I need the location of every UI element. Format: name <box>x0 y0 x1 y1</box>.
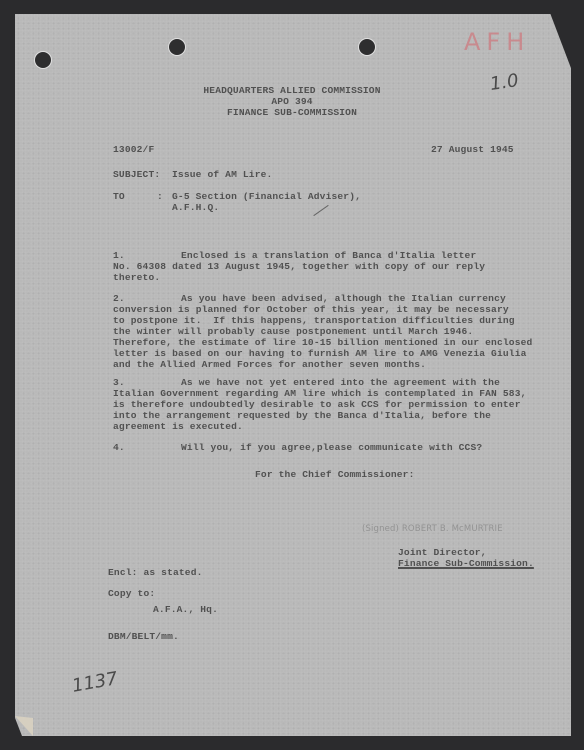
paragraph-number: 4. <box>113 443 125 454</box>
subject-text: Issue of AM Lire. <box>172 170 272 181</box>
handwritten-red-annotation: AFH <box>464 28 530 56</box>
signature-title-2: Finance Sub-Commission. <box>398 559 534 570</box>
punch-hole-icon <box>169 39 185 55</box>
paragraph-line: agreement is executed. <box>113 422 243 433</box>
paragraph-line: No. 64308 dated 13 August 1945, together… <box>113 262 485 273</box>
paragraph-line: Will you, if you agree,please communicat… <box>181 443 482 454</box>
to-colon: : <box>157 192 163 203</box>
typist-initials: DBM/BELT/mm. <box>108 632 179 643</box>
paragraph-line: and the Allied Armed Forces for another … <box>113 360 426 371</box>
letter-date: 27 August 1945 <box>431 145 514 156</box>
copy-to-recipient: A.F.A., Hq. <box>153 605 218 616</box>
signature-stamp: (Signed) ROBERT B. McMURTRIE <box>362 524 503 535</box>
closing-line: For the Chief Commissioner: <box>255 470 415 481</box>
letterhead-line-3: FINANCE SUB-COMMISSION <box>0 108 584 119</box>
paragraph-line: thereto. <box>113 273 160 284</box>
to-label: TO <box>113 192 125 203</box>
to-line-2: A.F.H.Q. <box>172 203 219 214</box>
subject-label: SUBJECT: <box>113 170 160 181</box>
punch-hole-icon <box>359 39 375 55</box>
document-page <box>15 14 571 736</box>
copy-to-label: Copy to: <box>108 589 155 600</box>
enclosure-note: Encl: as stated. <box>108 568 203 579</box>
punch-hole-icon <box>35 52 51 68</box>
reference-number: 13002/F <box>113 145 154 156</box>
